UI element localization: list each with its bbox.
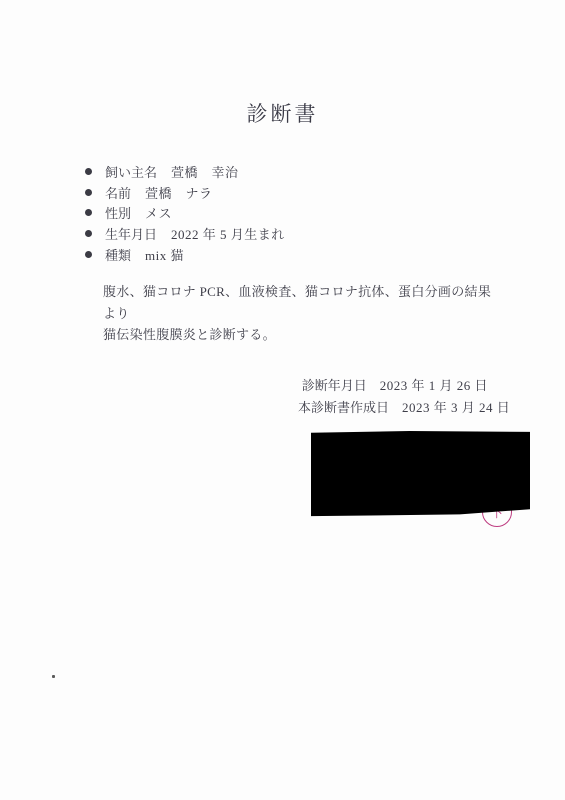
- scanned-diagnosis-certificate: 診断書 飼い主名 萱橋 幸治 名前 萱橋 ナラ 性別 メス 生年月日 2022 …: [0, 0, 565, 800]
- date-block: 診断年月日 2023 年 1 月 26 日 本診断書作成日 2023 年 3 月…: [298, 373, 488, 418]
- diagnosis-line-2: 猫伝染性腹膜炎と診断する。: [103, 324, 503, 346]
- info-label: 飼い主名: [105, 162, 157, 181]
- bullet-icon: [85, 251, 92, 258]
- list-item-birth-date: 生年月日 2022 年 5 月生まれ: [85, 223, 285, 244]
- certificate-created-date-row: 本診断書作成日 2023 年 3 月 24 日: [298, 396, 488, 419]
- list-item-sex: 性別 メス: [85, 203, 285, 224]
- date-label: 診断年月日: [298, 375, 367, 394]
- list-item-pet-name: 名前 萱橋 ナラ: [85, 182, 285, 203]
- redaction-black-box: [311, 431, 530, 517]
- info-value: 萱橋 ナラ: [145, 183, 213, 202]
- diagnosis-statement: 腹水、猫コロナ PCR、血液検査、猫コロナ抗体、蛋白分画の結果より 猫伝染性腹膜…: [103, 281, 503, 346]
- info-label: 種類: [105, 245, 131, 264]
- diagnosis-date-row: 診断年月日 2023 年 1 月 26 日: [298, 373, 488, 396]
- scan-speck: [52, 675, 55, 678]
- info-value: 2022 年 5 月生まれ: [171, 224, 285, 243]
- info-label: 生年月日: [105, 224, 157, 243]
- bullet-icon: [85, 168, 92, 175]
- bullet-icon: [85, 189, 92, 196]
- bullet-icon: [85, 230, 92, 237]
- info-value: mix 猫: [145, 245, 184, 264]
- date-label: 本診断書作成日: [298, 397, 389, 416]
- date-value: 2023 年 1 月 26 日: [380, 375, 488, 394]
- info-label: 性別: [105, 203, 131, 222]
- list-item-owner-name: 飼い主名 萱橋 幸治: [85, 161, 285, 182]
- info-value: メス: [145, 203, 172, 222]
- info-label: 名前: [105, 183, 131, 202]
- pet-info-list: 飼い主名 萱橋 幸治 名前 萱橋 ナラ 性別 メス 生年月日 2022 年 5 …: [85, 161, 285, 265]
- list-item-breed: 種類 mix 猫: [85, 244, 285, 265]
- info-value: 萱橋 幸治: [171, 162, 239, 181]
- diagnosis-line-1: 腹水、猫コロナ PCR、血液検査、猫コロナ抗体、蛋白分画の結果より: [103, 281, 503, 324]
- page-title: 診断書: [0, 98, 565, 128]
- date-value: 2023 年 3 月 24 日: [402, 397, 510, 416]
- bullet-icon: [85, 209, 92, 216]
